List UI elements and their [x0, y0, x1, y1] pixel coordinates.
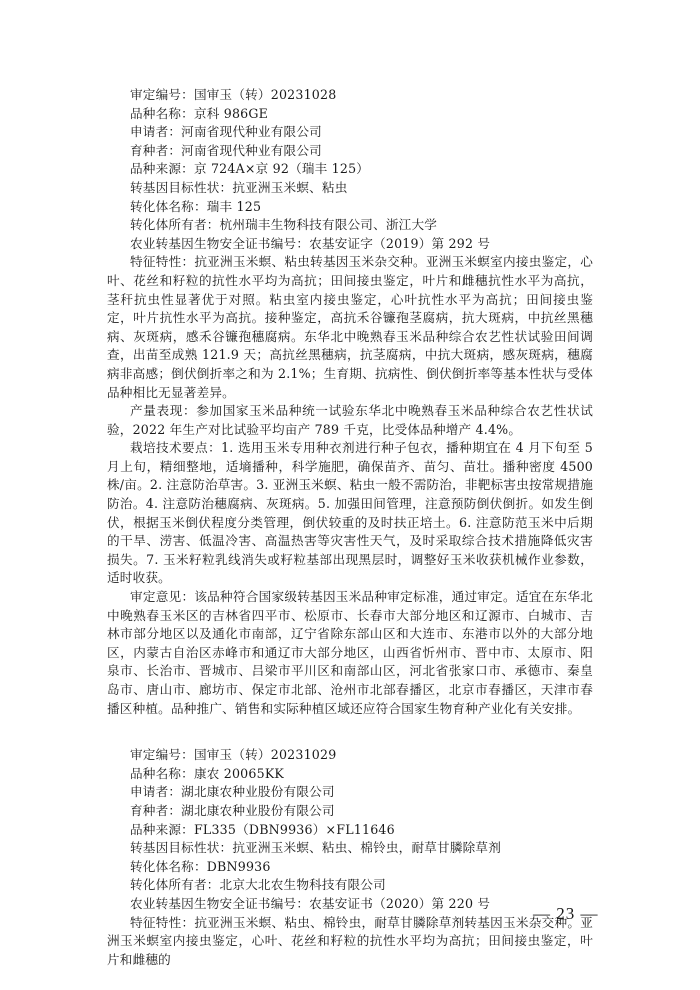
- approval-number: 审定编号：国审玉（转）20231029: [107, 746, 593, 765]
- variety-entry-jingke-986ge: 审定编号：国审玉（转）20231028 品种名称：京科 986GE 申请者：河南…: [107, 86, 593, 718]
- event-owner: 转化体所有者：杭州瑞丰生物科技有限公司、浙江大学: [107, 216, 593, 235]
- applicant: 申请者：河南省现代种业有限公司: [107, 123, 593, 142]
- variety-name: 品种名称：康农 20065KK: [107, 765, 593, 784]
- target-traits: 转基因目标性状：抗亚洲玉米螟、粘虫、棉铃虫，耐草甘膦除草剂: [107, 839, 593, 858]
- characteristics-paragraph: 特征特性：抗亚洲玉米螟、粘虫转基因玉米杂交种。亚洲玉米螟室内接虫鉴定，心叶、花丝…: [107, 253, 593, 402]
- approval-number: 审定编号：国审玉（转）20231028: [107, 86, 593, 105]
- event-name: 转化体名称：瑞丰 125: [107, 198, 593, 217]
- variety-entry-kangnong-20065kk: 审定编号：国审玉（转）20231029 品种名称：康农 20065KK 申请者：…: [107, 746, 593, 969]
- breeder: 育种者：湖北康农种业股份有限公司: [107, 802, 593, 821]
- variety-name: 品种名称：京科 986GE: [107, 105, 593, 124]
- event-owner: 转化体所有者：北京大北农生物科技有限公司: [107, 876, 593, 895]
- variety-source: 品种来源：京 724A×京 92（瑞丰 125）: [107, 160, 593, 179]
- biosafety-certificate: 农业转基因生物安全证书编号：农基安证字（2019）第 292 号: [107, 235, 593, 254]
- biosafety-certificate: 农业转基因生物安全证书编号：农基安证书（2020）第 220 号: [107, 895, 593, 914]
- cultivation-paragraph: 栽培技术要点：1. 选用玉米专用种衣剂进行种子包衣，播种期宜在 4 月下旬至 5…: [107, 439, 593, 588]
- section-gap: [107, 718, 593, 746]
- approval-opinion-paragraph: 审定意见：该品种符合国家级转基因玉米品种审定标准，通过审定。适宜在东华北中晚熟春…: [107, 588, 593, 718]
- variety-source: 品种来源：FL335（DBN9936）×FL11646: [107, 821, 593, 840]
- applicant: 申请者：湖北康农种业股份有限公司: [107, 783, 593, 802]
- characteristics-paragraph: 特征特性：抗亚洲玉米螟、粘虫、棉铃虫，耐草甘膦除草剂转基因玉米杂交种。亚洲玉米螟…: [107, 914, 593, 970]
- document-page: 审定编号：国审玉（转）20231028 品种名称：京科 986GE 申请者：河南…: [107, 86, 593, 969]
- target-traits: 转基因目标性状：抗亚洲玉米螟、粘虫: [107, 179, 593, 198]
- breeder: 育种者：河南省现代种业有限公司: [107, 142, 593, 161]
- yield-paragraph: 产量表现：参加国家玉米品种统一试验东华北中晚熟春玉米品种综合农艺性状试验，202…: [107, 402, 593, 439]
- page-number: — 23 —: [533, 904, 599, 924]
- event-name: 转化体名称：DBN9936: [107, 858, 593, 877]
